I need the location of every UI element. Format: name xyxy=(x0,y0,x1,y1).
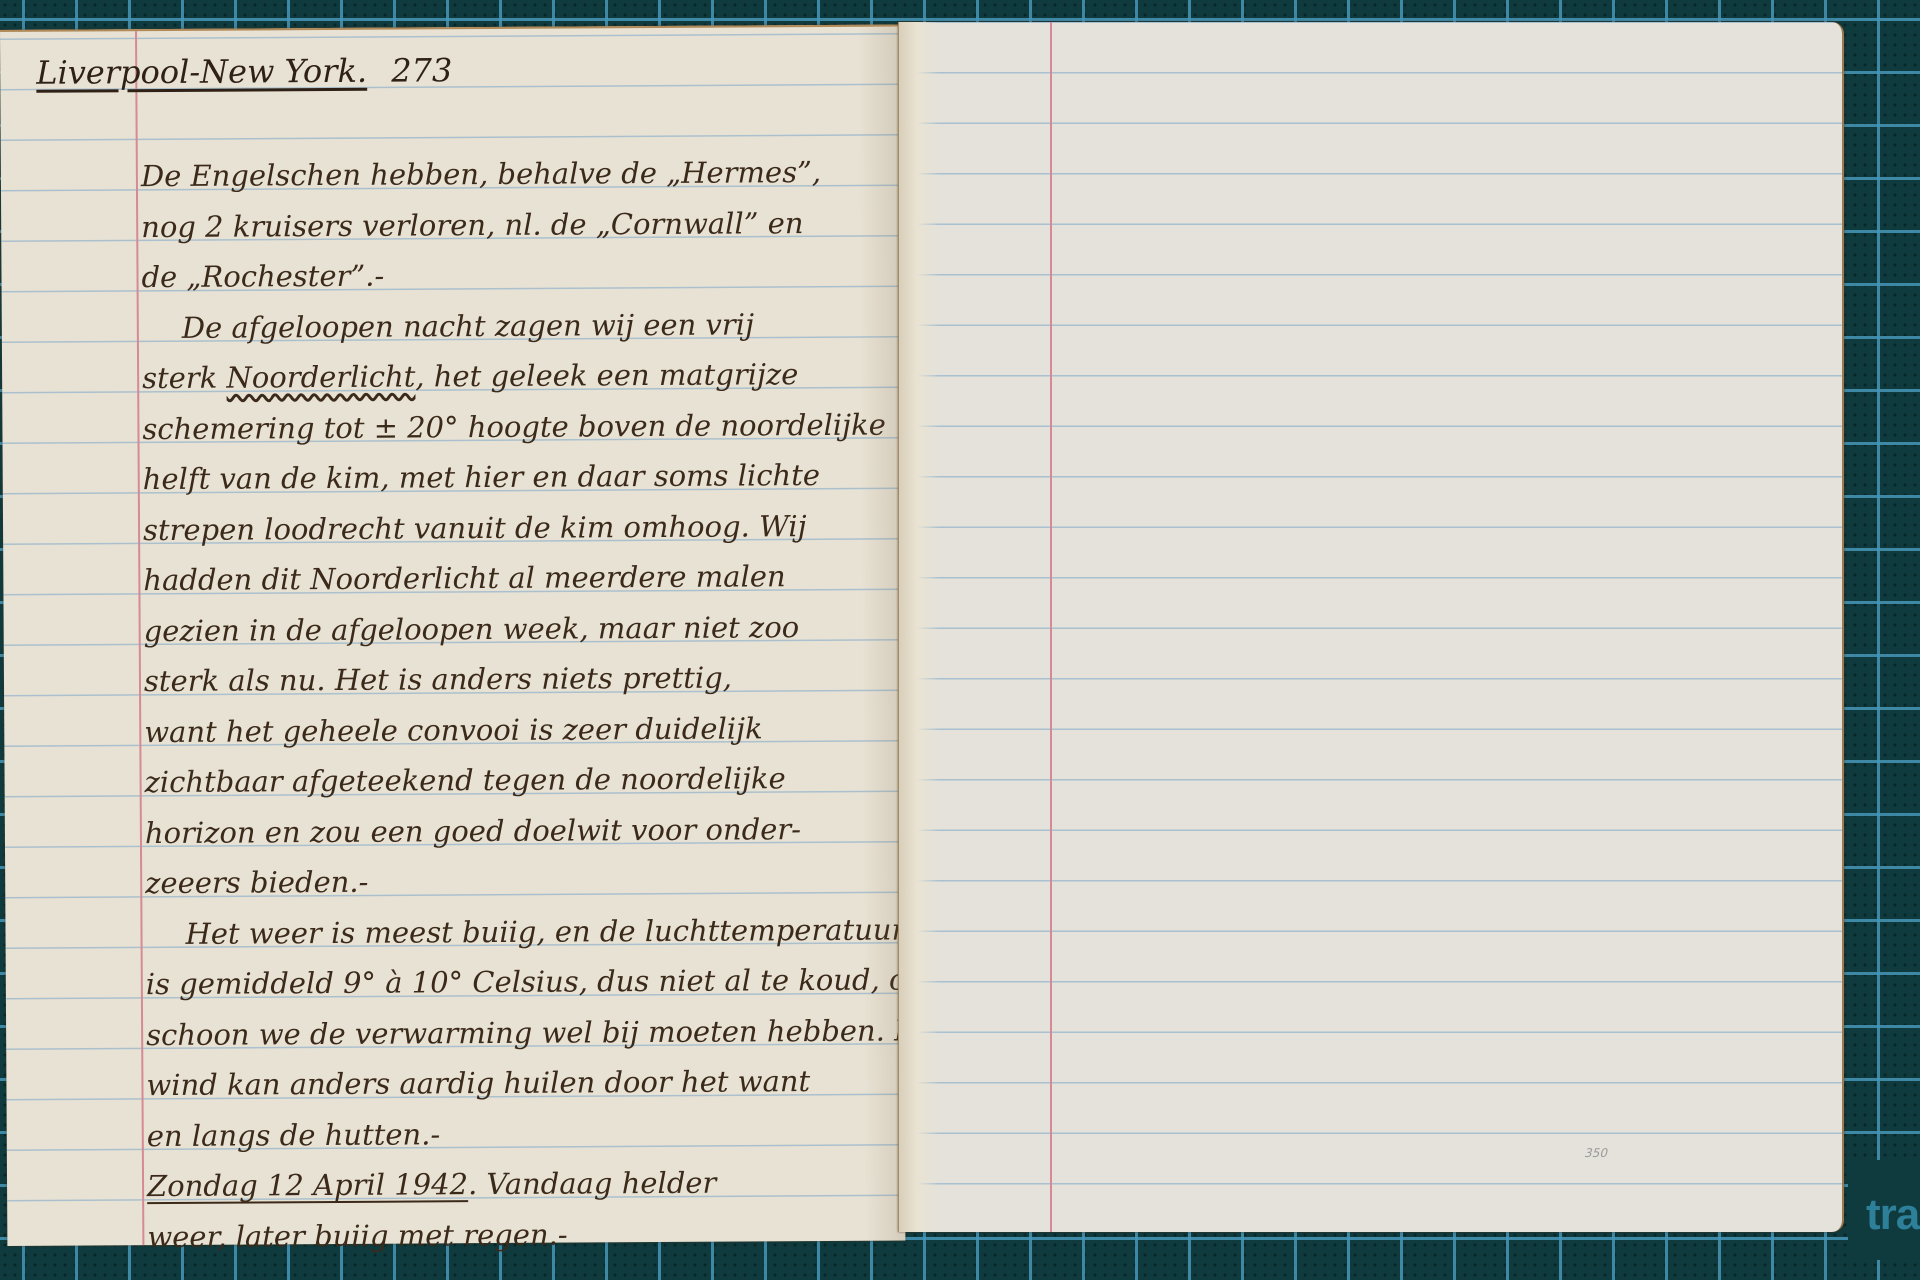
text-line: nog 2 kruisers verloren, nl. de „Cornwal… xyxy=(141,197,881,252)
text-line: Zondag 12 April 1942. Vandaag helder xyxy=(147,1157,887,1212)
page-header: Liverpool-New York. 273 xyxy=(36,51,452,92)
text-segment: . Vandaag helder xyxy=(468,1166,717,1202)
text-line: strepen loodrecht vanuit de kim omhoog. … xyxy=(143,500,883,555)
text-line: De Engelschen hebben, behalve de „Hermes… xyxy=(141,147,881,202)
diary-text: De Engelschen hebben, behalve de „Hermes… xyxy=(141,147,888,1262)
left-page: Liverpool-New York. 273 De Engelschen he… xyxy=(0,25,905,1246)
entry-date: Zondag 12 April 1942 xyxy=(147,1167,468,1203)
text-line: is gemiddeld 9° à 10° Celsius, dus niet … xyxy=(146,955,886,1010)
text-line: De afgeloopen nacht zagen wij een vrij xyxy=(142,298,882,353)
text-line: gezien in de afgeloopen week, maar niet … xyxy=(144,601,884,656)
text-line: Het weer is meest buiig, en de luchttemp… xyxy=(145,904,885,959)
pencil-page-mark: 350 xyxy=(1583,1146,1610,1160)
text-line: want het geheele convooi is zeer duideli… xyxy=(144,702,884,757)
text-line: wind kan anders aardig huilen door het w… xyxy=(146,1056,886,1111)
right-page-blank xyxy=(898,22,1844,1232)
text-line: schoon we de verwarming wel bij moeten h… xyxy=(146,1005,886,1060)
text-line: zeeers bieden.- xyxy=(145,854,885,909)
underlined-word-noorderlicht: Noorderlicht xyxy=(226,359,415,394)
text-line: schemering tot ± 20° hoogte boven de noo… xyxy=(142,399,882,454)
text-segment: , het geleek een matgrijze xyxy=(415,357,798,393)
text-line: sterk als nu. Het is anders niets pretti… xyxy=(144,652,884,707)
right-margin-line xyxy=(1050,22,1052,1232)
text-line: de „Rochester”.- xyxy=(141,248,881,303)
text-line: zichtbaar afgeteekend tegen de noordelij… xyxy=(144,753,884,808)
cutting-mat-logo: tra xyxy=(1866,1190,1919,1240)
notebook-spine xyxy=(898,22,939,1232)
text-line: sterk Noorderlicht, het geleek een matgr… xyxy=(142,349,882,404)
text-line: en langs de hutten.- xyxy=(147,1106,887,1161)
text-line: hadden dit Noorderlicht al meerdere male… xyxy=(143,551,883,606)
text-line: weer, later buiig met regen.- xyxy=(147,1207,887,1262)
text-line: horizon en zou een goed doelwit voor ond… xyxy=(145,803,885,858)
header-route-title: Liverpool-New York. xyxy=(36,52,367,92)
text-line: helft van de kim, met hier en daar soms … xyxy=(143,450,883,505)
text-segment: sterk xyxy=(142,361,227,396)
page-number: 273 xyxy=(391,51,452,89)
